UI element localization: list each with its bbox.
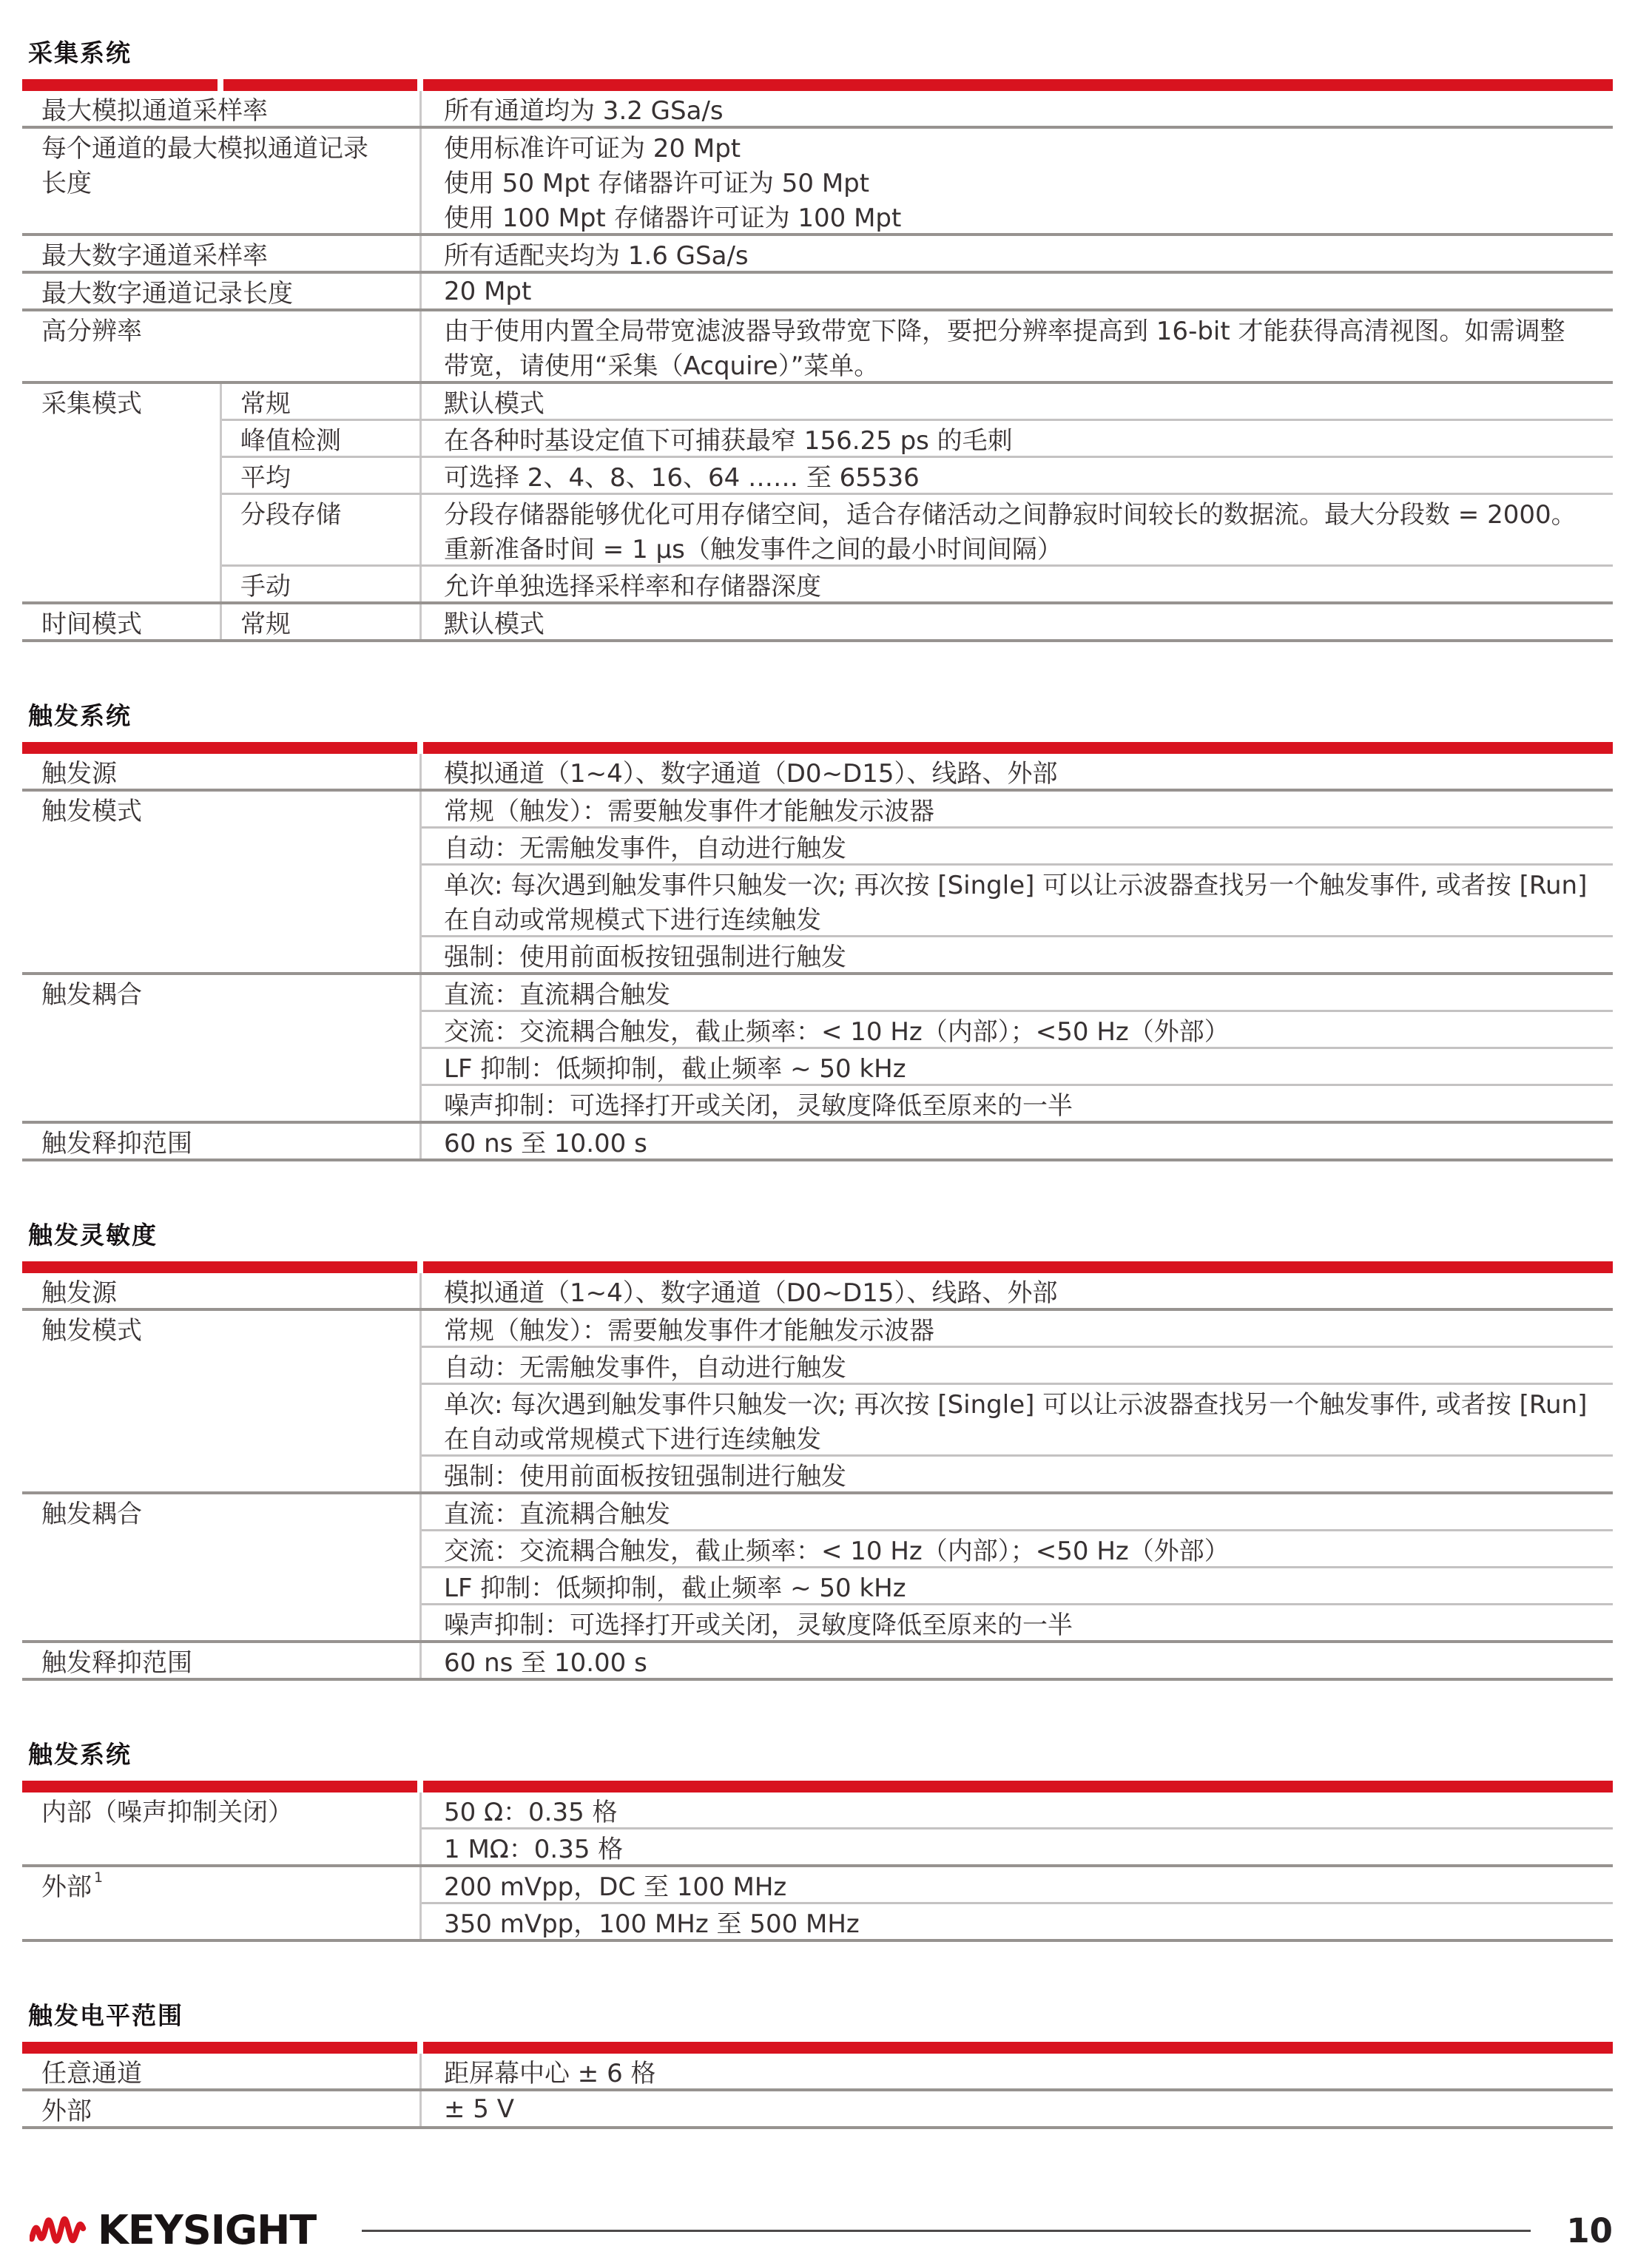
section-title: 触发灵敏度 [28,1216,1613,1251]
row-cells: 所有适配夹均为 1.6 GSa/s [422,236,1613,271]
sub-label-line: 平均 [240,458,419,493]
spec-value: 可选择 2、4、8、16、64 …… 至 65536 [422,458,1613,493]
keysight-spark-icon [30,2204,87,2257]
table-row: 每个通道的最大模拟通道记录长度使用标准许可证为 20 Mpt使用 50 Mpt … [22,126,1613,233]
table-header-bar [22,742,1613,754]
spec-value-line: 默认模式 [444,604,1613,639]
spec-value-line: 常规（触发）：需要触发事件才能触发示波器 [444,1311,1613,1346]
sub-label: 常规 [222,384,422,419]
row-label-line: 触发源 [41,1273,409,1308]
table-header-bar-segment [423,1261,1613,1273]
spec-cell: 强制：使用前面板按钮强制进行触发 [422,935,1613,972]
spec-cell: 常规默认模式 [222,604,1613,639]
sub-label: 手动 [222,567,422,601]
spec-value-line: 模拟通道（1~4）、数字通道（D0~D15）、线路、外部 [444,754,1613,789]
table-row: 触发释抑范围60 ns 至 10.00 s [22,1640,1613,1678]
table-row: 触发源模拟通道（1~4）、数字通道（D0~D15）、线路、外部 [22,1273,1613,1308]
row-cells: 常规（触发）：需要触发事件才能触发示波器自动：无需触发事件，自动进行触发单次: … [422,792,1613,972]
spec-value-line: 单次: 每次遇到触发事件只触发一次; 再次按 [Single] 可以让示波器查找… [444,1385,1613,1420]
sub-label: 分段存储 [222,495,422,564]
spec-value: 自动：无需触发事件，自动进行触发 [422,1348,1613,1383]
spec-cell: 平均可选择 2、4、8、16、64 …… 至 65536 [222,456,1613,493]
row-label-line: 触发源 [41,754,409,789]
sub-label-line: 手动 [240,567,419,601]
spec-value: LF 抑制：低频抑制，截止频率 ~ 50 kHz [422,1568,1613,1603]
spec-cell: 强制：使用前面板按钮强制进行触发 [422,1454,1613,1491]
row-label: 最大数字通道记录长度 [22,274,422,308]
spec-cell: 常规默认模式 [222,384,1613,419]
spec-value-line: ± 5 V [444,2091,1613,2126]
brand-wordmark: KEYSIGHT [98,2210,316,2250]
spec-cell: 噪声抑制：可选择打开或关闭，灵敏度降低至原来的一半 [422,1603,1613,1640]
row-cells: ± 5 V [422,2091,1613,2126]
row-cells: 模拟通道（1~4）、数字通道（D0~D15）、线路、外部 [422,1273,1613,1308]
spec-cell: 所有通道均为 3.2 GSa/s [422,91,1613,126]
spec-value-line: 所有适配夹均为 1.6 GSa/s [444,236,1613,271]
spec-value-line: 20 Mpt [444,274,1613,308]
spec-value-line: LF 抑制：低频抑制，截止频率 ~ 50 kHz [444,1568,1613,1603]
table-row: 触发模式常规（触发）：需要触发事件才能触发示波器自动：无需触发事件，自动进行触发… [22,1308,1613,1491]
spec-value-line: 噪声抑制：可选择打开或关闭，灵敏度降低至原来的一半 [444,1605,1613,1640]
row-cells: 20 Mpt [422,274,1613,308]
spec-value-line: 直流：直流耦合触发 [444,975,1613,1010]
spec-cell: 20 Mpt [422,274,1613,308]
row-label: 触发源 [22,754,422,789]
row-label: 触发模式 [22,1311,422,1491]
row-label-line: 外部1 [41,1867,409,1902]
row-cells: 使用标准许可证为 20 Mpt使用 50 Mpt 存储器许可证为 50 Mpt使… [422,129,1613,233]
row-label-line: 外部 [41,2091,409,2126]
table-row: 触发耦合直流：直流耦合触发交流：交流耦合触发，截止频率：< 10 Hz（内部）；… [22,1491,1613,1640]
row-cells: 由于使用内置全局带宽滤波器导致带宽下降，要把分辨率提高到 16-bit 才能获得… [422,311,1613,381]
table-header-bar-segment [223,79,417,91]
spec-value-line: 常规（触发）：需要触发事件才能触发示波器 [444,792,1613,826]
spec-cell: 直流：直流耦合触发 [422,975,1613,1010]
row-label-line: 长度 [41,163,409,198]
row-label-line: 最大数字通道采样率 [41,236,409,271]
table-row: 采集模式常规默认模式峰值检测在各种时基设定值下可捕获最窄 156.25 ps 的… [22,381,1613,601]
table-header-bar-segment [423,2042,1613,2054]
spec-value: 所有通道均为 3.2 GSa/s [422,91,1613,126]
spec-table: 最大模拟通道采样率所有通道均为 3.2 GSa/s每个通道的最大模拟通道记录长度… [22,79,1613,642]
spec-value: 模拟通道（1~4）、数字通道（D0~D15）、线路、外部 [422,754,1613,789]
spec-value-line: 强制：使用前面板按钮强制进行触发 [444,937,1613,972]
table-header-bar [22,2042,1613,2054]
spec-cell: 350 mVpp，100 MHz 至 500 MHz [422,1902,1613,1939]
row-label-line: 最大模拟通道采样率 [41,91,409,126]
row-label: 时间模式 [22,604,222,639]
spec-value-line: 350 mVpp，100 MHz 至 500 MHz [444,1904,1613,1939]
spec-value-line: 分段存储器能够优化可用存储空间，适合存储活动之间静寂时间较长的数据流。最大分段数… [444,495,1613,530]
spec-cell: 模拟通道（1~4）、数字通道（D0~D15）、线路、外部 [422,754,1613,789]
spec-value-line: 在自动或常规模式下进行连续触发 [444,1420,1613,1454]
spec-section: 采集系统最大模拟通道采样率所有通道均为 3.2 GSa/s每个通道的最大模拟通道… [22,34,1613,642]
spec-value-line: 50 Ω：0.35 格 [444,1792,1613,1827]
spec-value-line: 1 MΩ：0.35 格 [444,1829,1613,1864]
spec-value-line: 噪声抑制：可选择打开或关闭，灵敏度降低至原来的一半 [444,1086,1613,1121]
spec-value: ± 5 V [422,2091,1613,2126]
row-label: 高分辨率 [22,311,422,381]
spec-value: 由于使用内置全局带宽滤波器导致带宽下降，要把分辨率提高到 16-bit 才能获得… [422,311,1613,381]
spec-value: 200 mVpp，DC 至 100 MHz [422,1867,1613,1902]
spec-value: 50 Ω：0.35 格 [422,1792,1613,1827]
table-row: 触发源模拟通道（1~4）、数字通道（D0~D15）、线路、外部 [22,754,1613,789]
keysight-logo: KEYSIGHT [30,2204,316,2257]
footer: KEYSIGHT 10 [30,2202,1613,2259]
table-row: 触发模式常规（触发）：需要触发事件才能触发示波器自动：无需触发事件，自动进行触发… [22,789,1613,972]
table-row: 任意通道距屏幕中心 ± 6 格 [22,2054,1613,2088]
row-label-line: 触发释抑范围 [41,1124,409,1159]
row-label-line: 时间模式 [41,604,209,639]
table-header-bar-segment [22,1261,417,1273]
spec-value-line: 自动：无需触发事件，自动进行触发 [444,829,1613,863]
spec-cell: 1 MΩ：0.35 格 [422,1827,1613,1864]
row-cells: 50 Ω：0.35 格1 MΩ：0.35 格 [422,1792,1613,1864]
row-label: 触发耦合 [22,1494,422,1640]
spec-value-line: 在自动或常规模式下进行连续触发 [444,900,1613,935]
spec-cell: 自动：无需触发事件，自动进行触发 [422,1346,1613,1383]
sub-label-line: 常规 [240,384,419,419]
row-label: 任意通道 [22,2054,422,2088]
spec-cell: 距屏幕中心 ± 6 格 [422,2054,1613,2088]
row-label: 触发源 [22,1273,422,1308]
spec-cell: 所有适配夹均为 1.6 GSa/s [422,236,1613,271]
spec-value-line: 200 mVpp，DC 至 100 MHz [444,1867,1613,1902]
table-row: 内部（噪声抑制关闭）50 Ω：0.35 格1 MΩ：0.35 格 [22,1792,1613,1864]
row-label: 内部（噪声抑制关闭） [22,1792,422,1864]
page-number: 10 [1566,2214,1613,2247]
spec-cell: 噪声抑制：可选择打开或关闭，灵敏度降低至原来的一半 [422,1084,1613,1121]
spec-value-line: 使用 100 Mpt 存储器许可证为 100 Mpt [444,198,1613,233]
spec-table: 触发源模拟通道（1~4）、数字通道（D0~D15）、线路、外部触发模式常规（触发… [22,742,1613,1161]
spec-cell: 单次: 每次遇到触发事件只触发一次; 再次按 [Single] 可以让示波器查找… [422,863,1613,935]
spec-value: 直流：直流耦合触发 [422,975,1613,1010]
row-label: 外部 [22,2091,422,2126]
row-label: 最大模拟通道采样率 [22,91,422,126]
spec-value: 允许单独选择采样率和存储器深度 [422,567,1613,601]
spec-value-line: 单次: 每次遇到触发事件只触发一次; 再次按 [Single] 可以让示波器查找… [444,866,1613,900]
spec-value-line: 直流：直流耦合触发 [444,1494,1613,1529]
table-header-bar-segment [423,742,1613,754]
spec-value-line: 使用 50 Mpt 存储器许可证为 50 Mpt [444,163,1613,198]
spec-value-line: 由于使用内置全局带宽滤波器导致带宽下降，要把分辨率提高到 16-bit 才能获得… [444,311,1613,346]
spec-cell: 交流：交流耦合触发，截止频率：< 10 Hz（内部）；<50 Hz（外部） [422,1010,1613,1047]
spec-cell: 常规（触发）：需要触发事件才能触发示波器 [422,792,1613,826]
row-label-line: 触发模式 [41,792,409,826]
spec-cell: 60 ns 至 10.00 s [422,1124,1613,1159]
sub-label-line: 分段存储 [240,495,419,530]
table-row: 触发耦合直流：直流耦合触发交流：交流耦合触发，截止频率：< 10 Hz（内部）；… [22,972,1613,1121]
spec-value: 默认模式 [422,384,1613,419]
spec-value: 分段存储器能够优化可用存储空间，适合存储活动之间静寂时间较长的数据流。最大分段数… [422,495,1613,564]
table-row: 外部± 5 V [22,2088,1613,2126]
spec-value: 60 ns 至 10.00 s [422,1124,1613,1159]
row-cells: 200 mVpp，DC 至 100 MHz350 mVpp，100 MHz 至 … [422,1867,1613,1939]
section-title: 触发系统 [28,1736,1613,1770]
spec-cell: 由于使用内置全局带宽滤波器导致带宽下降，要把分辨率提高到 16-bit 才能获得… [422,311,1613,381]
spec-value: 强制：使用前面板按钮强制进行触发 [422,1457,1613,1491]
spec-cell: LF 抑制：低频抑制，截止频率 ~ 50 kHz [422,1566,1613,1603]
spec-section: 触发系统触发源模拟通道（1~4）、数字通道（D0~D15）、线路、外部触发模式常… [22,697,1613,1161]
spec-cell: 单次: 每次遇到触发事件只触发一次; 再次按 [Single] 可以让示波器查找… [422,1383,1613,1454]
table-header-bar-segment [22,2042,417,2054]
spec-value-line: 交流：交流耦合触发，截止频率：< 10 Hz（内部）；<50 Hz（外部） [444,1012,1613,1047]
spec-value-line: 60 ns 至 10.00 s [444,1643,1613,1678]
row-label: 触发释抑范围 [22,1643,422,1678]
spec-value: 使用标准许可证为 20 Mpt使用 50 Mpt 存储器许可证为 50 Mpt使… [422,129,1613,233]
spec-value-line: 允许单独选择采样率和存储器深度 [444,567,1613,601]
spec-value: 默认模式 [422,604,1613,639]
row-cells: 距屏幕中心 ± 6 格 [422,2054,1613,2088]
row-label: 最大数字通道采样率 [22,236,422,271]
spec-cell: LF 抑制：低频抑制，截止频率 ~ 50 kHz [422,1047,1613,1084]
spec-cell: 峰值检测在各种时基设定值下可捕获最窄 156.25 ps 的毛刺 [222,419,1613,456]
spec-value: 常规（触发）：需要触发事件才能触发示波器 [422,792,1613,826]
spec-cell: 200 mVpp，DC 至 100 MHz [422,1867,1613,1902]
spec-value: 20 Mpt [422,274,1613,308]
spec-value: 单次: 每次遇到触发事件只触发一次; 再次按 [Single] 可以让示波器查找… [422,866,1613,935]
table-header-bar-segment [423,79,1613,91]
spec-value: 自动：无需触发事件，自动进行触发 [422,829,1613,863]
row-label-line: 触发释抑范围 [41,1643,409,1678]
row-label-line: 触发耦合 [41,1494,409,1529]
spec-value: 距屏幕中心 ± 6 格 [422,2054,1613,2088]
table-header-bar [22,1261,1613,1273]
row-cells: 60 ns 至 10.00 s [422,1643,1613,1678]
spec-value: 350 mVpp，100 MHz 至 500 MHz [422,1904,1613,1939]
table-row: 最大数字通道采样率所有适配夹均为 1.6 GSa/s [22,233,1613,271]
sub-label: 平均 [222,458,422,493]
spec-cell: 模拟通道（1~4）、数字通道（D0~D15）、线路、外部 [422,1273,1613,1308]
spec-value: 单次: 每次遇到触发事件只触发一次; 再次按 [Single] 可以让示波器查找… [422,1385,1613,1454]
spec-value: 1 MΩ：0.35 格 [422,1829,1613,1864]
spec-table: 任意通道距屏幕中心 ± 6 格外部± 5 V [22,2042,1613,2129]
spec-value: 60 ns 至 10.00 s [422,1643,1613,1678]
row-label: 每个通道的最大模拟通道记录长度 [22,129,422,233]
table-header-bar-segment [423,1781,1613,1792]
row-label: 外部1 [22,1867,422,1939]
table-row: 最大数字通道记录长度20 Mpt [22,271,1613,308]
spec-value-line: 所有通道均为 3.2 GSa/s [444,91,1613,126]
spec-value: LF 抑制：低频抑制，截止频率 ~ 50 kHz [422,1049,1613,1084]
footnote-marker: 1 [94,1869,103,1886]
sub-label-line: 常规 [240,604,419,639]
spec-value-line: 60 ns 至 10.00 s [444,1124,1613,1159]
row-cells: 常规默认模式 [222,604,1613,639]
spec-cell: 自动：无需触发事件，自动进行触发 [422,826,1613,863]
spec-page: 采集系统最大模拟通道采样率所有通道均为 3.2 GSa/s每个通道的最大模拟通道… [0,0,1652,2263]
spec-cell: 50 Ω：0.35 格 [422,1792,1613,1827]
spec-value-line: 带宽，请使用“采集（Acquire）”菜单。 [444,346,1613,381]
row-label-line: 触发耦合 [41,975,409,1010]
spec-value: 所有适配夹均为 1.6 GSa/s [422,236,1613,271]
spec-cell: 手动允许单独选择采样率和存储器深度 [222,564,1613,601]
footer-rule [362,2230,1531,2232]
spec-value: 交流：交流耦合触发，截止频率：< 10 Hz（内部）；<50 Hz（外部） [422,1012,1613,1047]
spec-value-line: 在各种时基设定值下可捕获最窄 156.25 ps 的毛刺 [444,421,1613,456]
spec-value: 常规（触发）：需要触发事件才能触发示波器 [422,1311,1613,1346]
table-header-bar-segment [22,1781,417,1792]
row-label-line: 内部（噪声抑制关闭） [41,1792,409,1827]
spec-cell: ± 5 V [422,2091,1613,2126]
spec-value-line: 模拟通道（1~4）、数字通道（D0~D15）、线路、外部 [444,1273,1613,1308]
spec-cell: 分段存储分段存储器能够优化可用存储空间，适合存储活动之间静寂时间较长的数据流。最… [222,493,1613,564]
sub-label: 常规 [222,604,422,639]
table-header-bar-segment [22,79,218,91]
row-label: 触发释抑范围 [22,1124,422,1159]
row-cells: 60 ns 至 10.00 s [422,1124,1613,1159]
sub-label-line: 峰值检测 [240,421,419,456]
spec-table: 内部（噪声抑制关闭）50 Ω：0.35 格1 MΩ：0.35 格外部1200 m… [22,1781,1613,1942]
row-cells: 常规默认模式峰值检测在各种时基设定值下可捕获最窄 156.25 ps 的毛刺平均… [222,384,1613,601]
row-cells: 所有通道均为 3.2 GSa/s [422,91,1613,126]
table-row: 触发释抑范围60 ns 至 10.00 s [22,1121,1613,1159]
spec-cell: 交流：交流耦合触发，截止频率：< 10 Hz（内部）；<50 Hz（外部） [422,1529,1613,1566]
spec-value-line: 强制：使用前面板按钮强制进行触发 [444,1457,1613,1491]
spec-table: 触发源模拟通道（1~4）、数字通道（D0~D15）、线路、外部触发模式常规（触发… [22,1261,1613,1681]
sub-label: 峰值检测 [222,421,422,456]
row-label: 采集模式 [22,384,222,601]
spec-value: 强制：使用前面板按钮强制进行触发 [422,937,1613,972]
spec-value-line: 自动：无需触发事件，自动进行触发 [444,1348,1613,1383]
section-title: 采集系统 [28,34,1613,69]
spec-value-line: 可选择 2、4、8、16、64 …… 至 65536 [444,458,1613,493]
row-label-line: 触发模式 [41,1311,409,1346]
row-cells: 直流：直流耦合触发交流：交流耦合触发，截止频率：< 10 Hz（内部）；<50 … [422,975,1613,1121]
spec-cell: 直流：直流耦合触发 [422,1494,1613,1529]
section-title: 触发电平范围 [28,1997,1613,2031]
spec-value-line: 距屏幕中心 ± 6 格 [444,2054,1613,2088]
spec-value-line: 默认模式 [444,384,1613,419]
row-cells: 模拟通道（1~4）、数字通道（D0~D15）、线路、外部 [422,754,1613,789]
table-row: 时间模式常规默认模式 [22,601,1613,639]
table-header-bar [22,1781,1613,1792]
spec-value: 交流：交流耦合触发，截止频率：< 10 Hz（内部）；<50 Hz（外部） [422,1531,1613,1566]
table-header-bar [22,79,1613,91]
table-row: 高分辨率由于使用内置全局带宽滤波器导致带宽下降，要把分辨率提高到 16-bit … [22,308,1613,381]
row-label-line: 最大数字通道记录长度 [41,274,409,308]
section-title: 触发系统 [28,697,1613,732]
spec-value-line: 交流：交流耦合触发，截止频率：< 10 Hz（内部）；<50 Hz（外部） [444,1531,1613,1566]
sections: 采集系统最大模拟通道采样率所有通道均为 3.2 GSa/s每个通道的最大模拟通道… [22,34,1613,2129]
row-label-line: 任意通道 [41,2054,409,2088]
spec-cell: 常规（触发）：需要触发事件才能触发示波器 [422,1311,1613,1346]
table-header-bar-segment [22,742,417,754]
table-row: 外部1200 mVpp，DC 至 100 MHz350 mVpp，100 MHz… [22,1864,1613,1939]
row-label-line: 高分辨率 [41,311,409,346]
row-label: 触发模式 [22,792,422,972]
spec-value-line: LF 抑制：低频抑制，截止频率 ~ 50 kHz [444,1049,1613,1084]
spec-value: 噪声抑制：可选择打开或关闭，灵敏度降低至原来的一半 [422,1605,1613,1640]
spec-value-line: 重新准备时间 = 1 μs（触发事件之间的最小时间间隔） [444,530,1613,564]
spec-section: 触发系统内部（噪声抑制关闭）50 Ω：0.35 格1 MΩ：0.35 格外部12… [22,1736,1613,1942]
row-label-line: 每个通道的最大模拟通道记录 [41,129,409,163]
spec-section: 触发灵敏度触发源模拟通道（1~4）、数字通道（D0~D15）、线路、外部触发模式… [22,1216,1613,1681]
spec-value: 噪声抑制：可选择打开或关闭，灵敏度降低至原来的一半 [422,1086,1613,1121]
row-label-line: 采集模式 [41,384,209,419]
spec-value: 在各种时基设定值下可捕获最窄 156.25 ps 的毛刺 [422,421,1613,456]
spec-section: 触发电平范围任意通道距屏幕中心 ± 6 格外部± 5 V [22,1997,1613,2129]
row-cells: 直流：直流耦合触发交流：交流耦合触发，截止频率：< 10 Hz（内部）；<50 … [422,1494,1613,1640]
row-cells: 常规（触发）：需要触发事件才能触发示波器自动：无需触发事件，自动进行触发单次: … [422,1311,1613,1491]
spec-value-line: 使用标准许可证为 20 Mpt [444,129,1613,163]
spec-cell: 60 ns 至 10.00 s [422,1643,1613,1678]
table-row: 最大模拟通道采样率所有通道均为 3.2 GSa/s [22,91,1613,126]
spec-cell: 使用标准许可证为 20 Mpt使用 50 Mpt 存储器许可证为 50 Mpt使… [422,129,1613,233]
spec-value: 模拟通道（1~4）、数字通道（D0~D15）、线路、外部 [422,1273,1613,1308]
spec-value: 直流：直流耦合触发 [422,1494,1613,1529]
row-label: 触发耦合 [22,975,422,1121]
